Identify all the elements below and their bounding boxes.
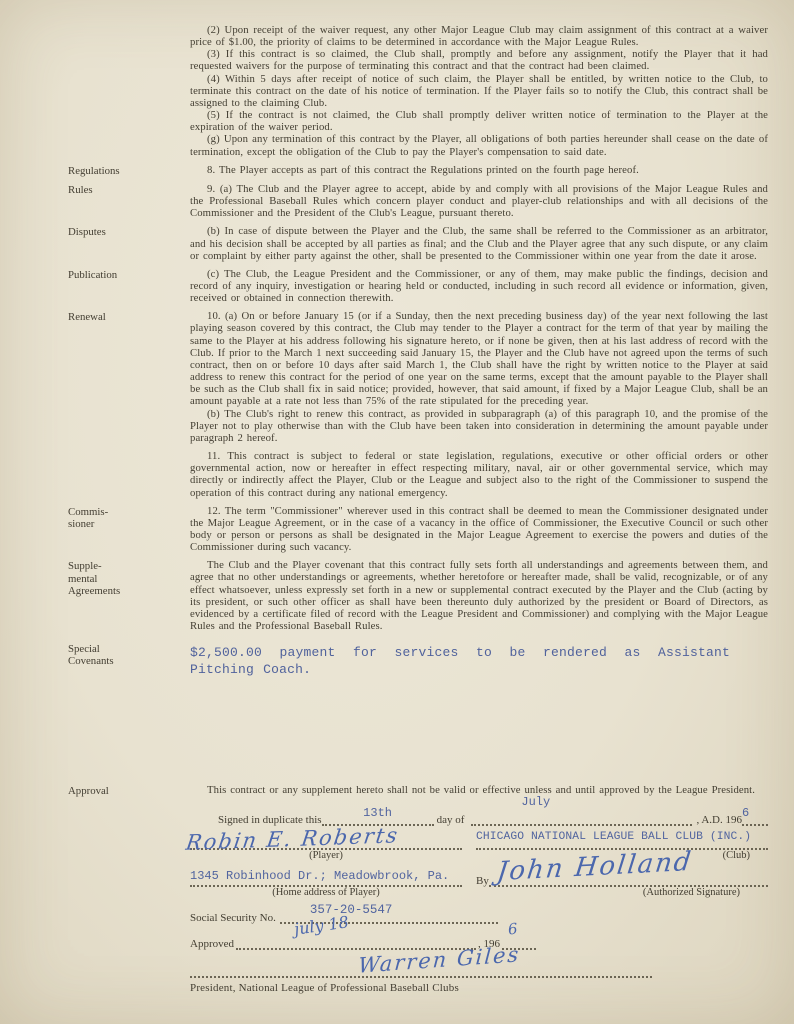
paragraph: (c) The Club, the League President and t… <box>190 268 768 304</box>
margin-label: Supple- mental Agreements <box>68 559 190 632</box>
home-address-label: (Home address of Player) <box>190 887 462 898</box>
ssn-field: 357-20-5547 <box>280 906 498 924</box>
margin-label: Rules <box>68 183 190 219</box>
player-signature-line: Robin E. Roberts <box>190 828 462 850</box>
president-signature-line: Warren Giles <box>190 958 652 978</box>
paragraph: 9. (a) The Club and the Player agree to … <box>190 183 768 219</box>
signed-month-value: July <box>521 795 550 809</box>
paragraph: 12. The term "Commissioner" wherever use… <box>190 505 768 554</box>
day-of-label: day of <box>437 814 465 826</box>
margin-label: Publication <box>68 268 190 304</box>
margin-label-line: Agreements <box>68 585 190 597</box>
section-commissioner: Commis- sioner 12. The term "Commissione… <box>68 505 770 554</box>
paragraph: (5) If the contract is not claimed, the … <box>190 109 768 133</box>
paragraph: 10. (a) On or before January 15 (or if a… <box>190 310 768 407</box>
signed-month-field: July <box>471 808 692 826</box>
signed-prefix-label: Signed in duplicate this <box>218 814 322 826</box>
margin-label-line: Commis- <box>68 506 190 518</box>
club-name-line: CHICAGO NATIONAL LEAGUE BALL CLUB (INC.) <box>476 828 768 850</box>
paragraph: 11. This contract is subject to federal … <box>190 450 768 499</box>
contract-page: (2) Upon receipt of the waiver request, … <box>0 0 794 1024</box>
player-club-row: Robin E. Roberts (Player) CHICAGO NATION… <box>190 828 768 861</box>
by-label: By <box>476 875 489 887</box>
margin-label: Renewal <box>68 310 190 444</box>
ssn-row: Social Security No. 357-20-5547 <box>190 906 768 924</box>
section-publication: Publication (c) The Club, the League Pre… <box>68 268 770 304</box>
paragraph: (b) In case of dispute between the Playe… <box>190 225 768 261</box>
approved-year-label: , 196 <box>478 938 500 950</box>
margin-label-line: mental <box>68 573 190 585</box>
approved-year-field: 6 <box>502 932 536 950</box>
president-title: President, National League of Profession… <box>190 982 768 994</box>
section-regulations: Regulations 8. The Player accepts as par… <box>68 164 770 177</box>
margin-label-line: sioner <box>68 518 190 530</box>
signed-year-field: 6 <box>742 808 768 826</box>
authorized-signature-line: John Holland <box>489 869 768 887</box>
signed-year-value: 6 <box>742 806 749 820</box>
margin-label <box>68 24 190 158</box>
approved-label: Approved <box>190 938 234 950</box>
ssn-label: Social Security No. <box>190 912 276 924</box>
home-address: 1345 Robinhood Dr.; Meadowbrook, Pa. <box>190 869 449 883</box>
paragraph: The Club and the Player covenant that th… <box>190 559 768 632</box>
section-government-action: 11. This contract is subject to federal … <box>68 450 770 499</box>
margin-label-line: Supple- <box>68 560 190 572</box>
special-covenant-typed-text: $2,500.00 payment for services to be ren… <box>190 644 730 678</box>
margin-label: Approval <box>68 784 190 797</box>
club-label: (Club) <box>476 850 768 861</box>
signed-day-field: 13th <box>322 808 434 826</box>
section-special-covenants: Special Covenants $2,500.00 payment for … <box>68 642 770 678</box>
margin-label-line: Covenants <box>68 655 190 667</box>
paragraph: (g) Upon any termination of this contrac… <box>190 133 768 157</box>
approval-and-signatures: Approval This contract or any supplement… <box>68 784 770 994</box>
club-name: CHICAGO NATIONAL LEAGUE BALL CLUB (INC.) <box>476 831 751 843</box>
authorized-signature-label: (Authorized Signature) <box>476 887 768 898</box>
section-approval: Approval This contract or any supplement… <box>68 784 770 797</box>
section-rules: Rules 9. (a) The Club and the Player agr… <box>68 183 770 219</box>
approved-row: Approved july 18 , 196 6 <box>190 932 768 950</box>
signed-date-line: Signed in duplicate this 13th day of Jul… <box>190 808 768 826</box>
paragraph: (2) Upon receipt of the waiver request, … <box>190 24 768 48</box>
contract-body: (2) Upon receipt of the waiver request, … <box>68 24 770 678</box>
ad-year-label: , A.D. 196 <box>696 814 742 826</box>
margin-label <box>68 450 190 499</box>
section-waiver-clauses: (2) Upon receipt of the waiver request, … <box>68 24 770 158</box>
address-authorized-row: 1345 Robinhood Dr.; Meadowbrook, Pa. (Ho… <box>190 867 768 898</box>
margin-label: Regulations <box>68 164 190 177</box>
approved-date-field: july 18 <box>236 932 476 950</box>
section-supplemental-agreements: Supple- mental Agreements The Club and t… <box>68 559 770 632</box>
signed-day-value: 13th <box>363 806 392 820</box>
margin-label: Disputes <box>68 225 190 261</box>
ssn-value: 357-20-5547 <box>310 903 393 917</box>
section-disputes: Disputes (b) In case of dispute between … <box>68 225 770 261</box>
margin-label-line: Special <box>68 643 190 655</box>
paragraph: (3) If this contract is so claimed, the … <box>190 48 768 72</box>
paragraph: (b) The Club's right to renew this contr… <box>190 408 768 444</box>
signature-block: Signed in duplicate this 13th day of Jul… <box>190 808 768 994</box>
margin-label: Commis- sioner <box>68 505 190 554</box>
player-label: (Player) <box>190 850 462 861</box>
home-address-line: 1345 Robinhood Dr.; Meadowbrook, Pa. <box>190 867 462 887</box>
section-renewal: Renewal 10. (a) On or before January 15 … <box>68 310 770 444</box>
paragraph: (4) Within 5 days after receipt of notic… <box>190 73 768 109</box>
paragraph: 8. The Player accepts as part of this co… <box>190 164 768 176</box>
margin-label: Special Covenants <box>68 642 190 678</box>
paragraph: This contract or any supplement hereto s… <box>190 784 768 796</box>
